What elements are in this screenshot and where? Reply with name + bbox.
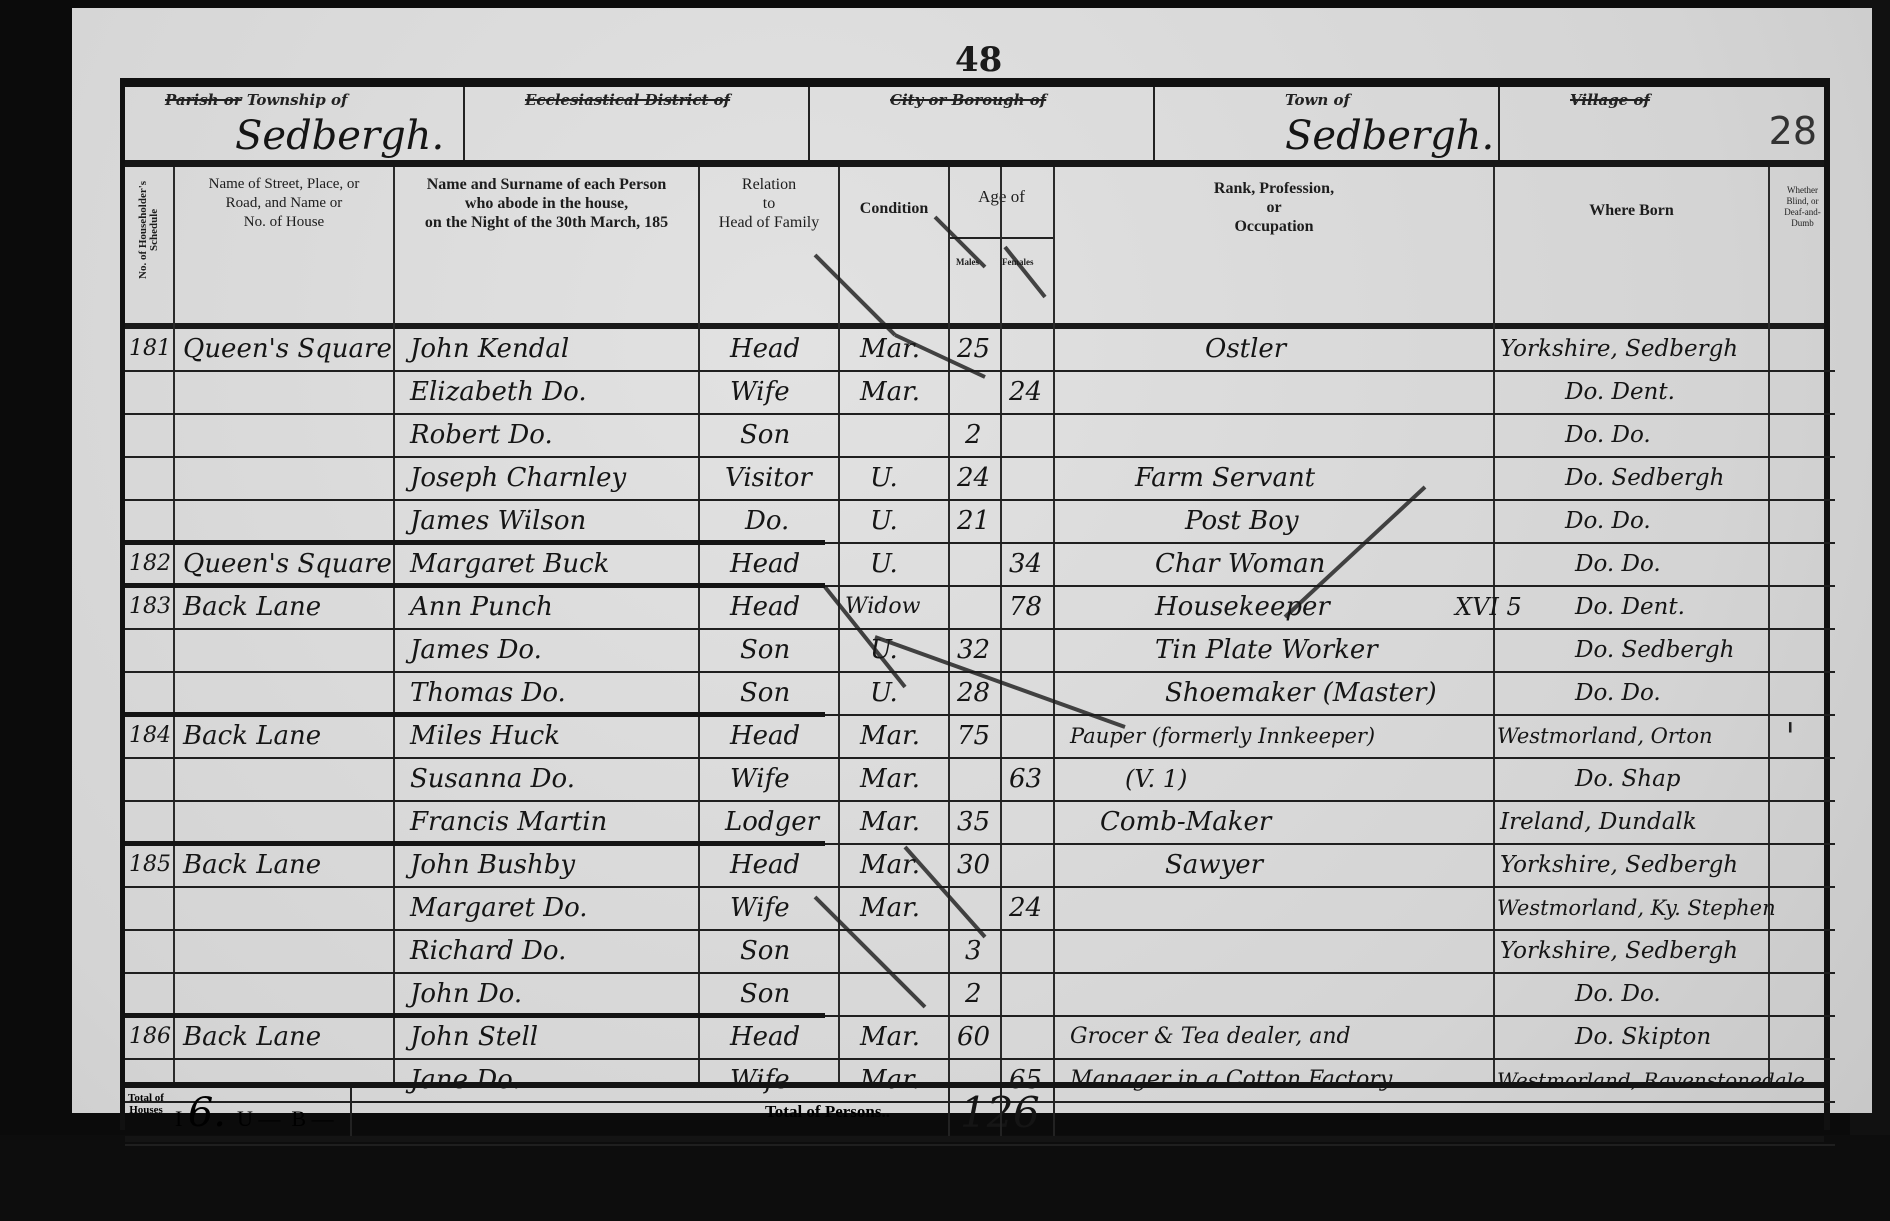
census-form: Parish or Township of Sedbergh. Ecclesia… (120, 78, 1830, 1130)
tally-strokes (125, 87, 1835, 1139)
folio-number: 48 (955, 40, 1002, 80)
scan-edge-bottom (0, 1135, 1890, 1221)
